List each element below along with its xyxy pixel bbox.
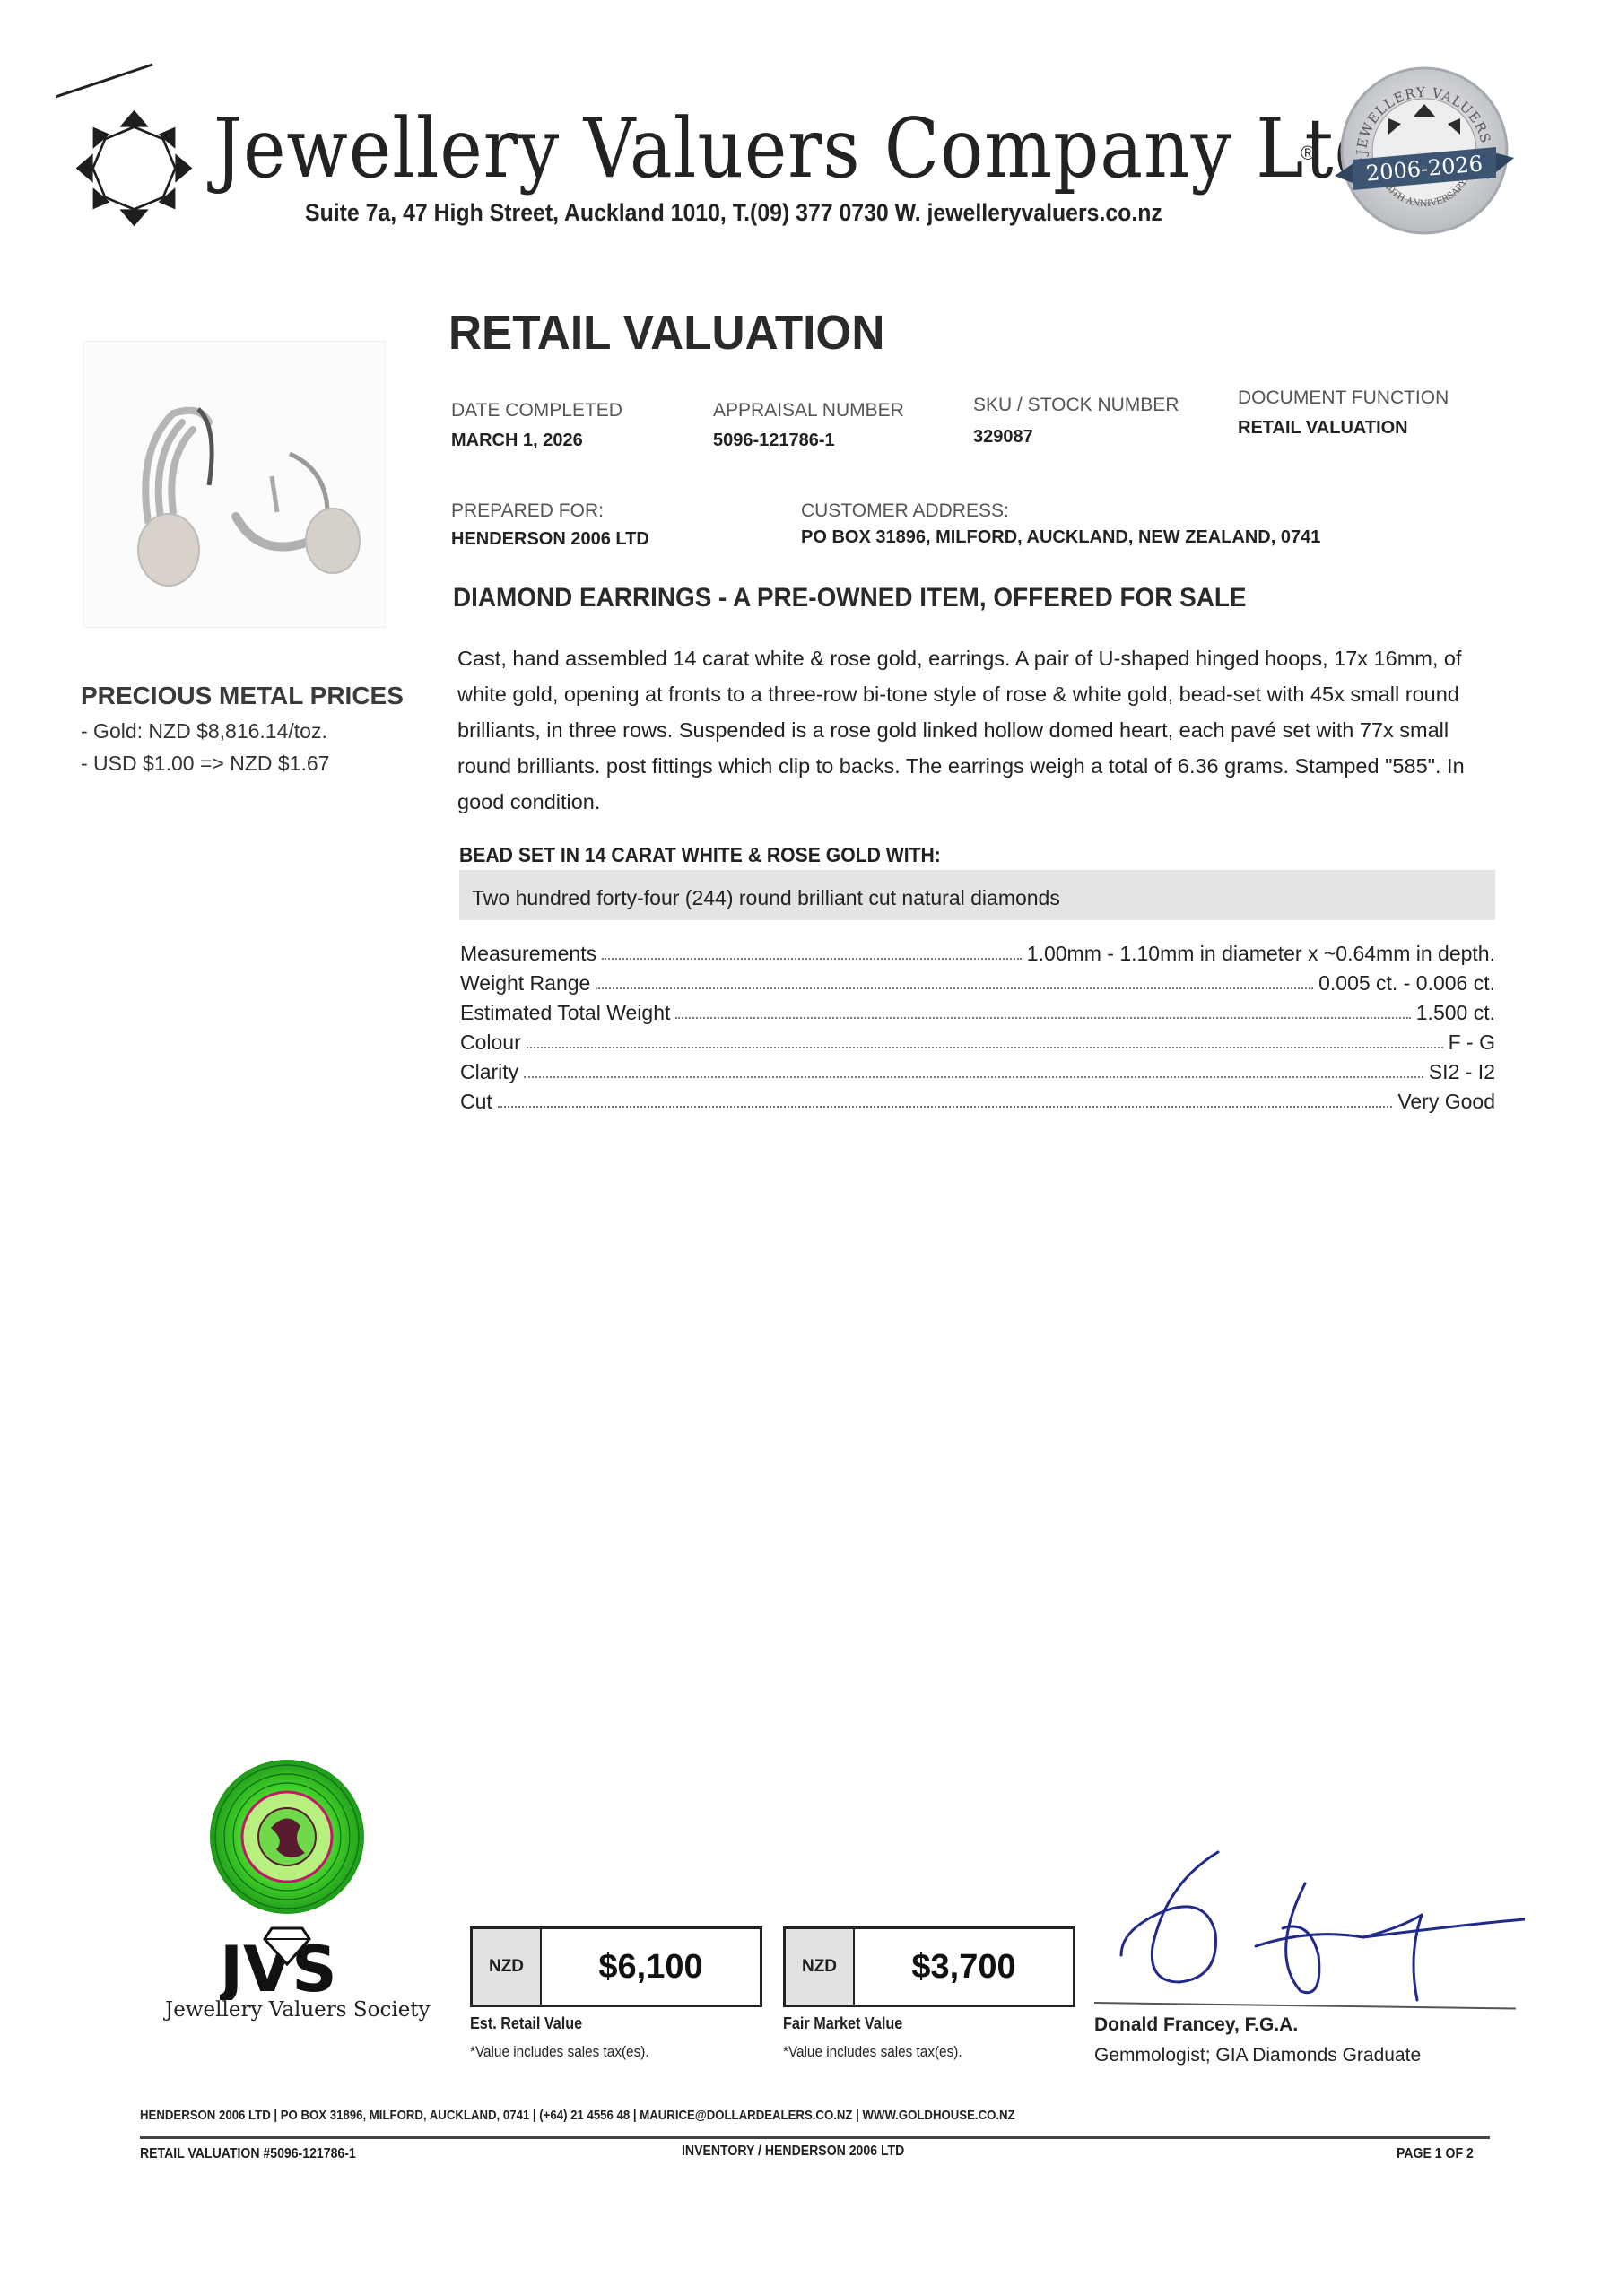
spec-row: Colour F - G (460, 1025, 1495, 1055)
company-star-logo-icon (74, 108, 195, 229)
retail-value-label: Est. Retail Value (470, 2014, 582, 2033)
document-title: RETAIL VALUATION (448, 305, 884, 361)
footer-inventory: INVENTORY / HENDERSON 2006 LTD (682, 2144, 904, 2160)
leader-dots (675, 1017, 1410, 1019)
customer-address-value: PO BOX 31896, MILFORD, AUCKLAND, NEW ZEA… (801, 527, 1320, 548)
prepared-for-value: HENDERSON 2006 LTD (451, 529, 649, 550)
document-function-value: RETAIL VALUATION (1238, 418, 1408, 439)
diamond-specs-table: Measurements 1.00mm - 1.10mm in diameter… (460, 936, 1495, 1114)
spec-label: Clarity (460, 1060, 518, 1084)
leader-dots (498, 1106, 1393, 1108)
spec-row: Cut Very Good (460, 1084, 1495, 1114)
logo-tick-mark (56, 63, 154, 99)
leader-dots (527, 1047, 1443, 1048)
retail-amount: $6,100 (542, 1929, 760, 2005)
hologram-seal-icon (206, 1756, 368, 1918)
stone-summary: Two hundred forty-four (244) round brill… (472, 886, 1060, 910)
gold-price: - Gold: NZD $8,816.14/toz. (81, 719, 327, 744)
exchange-rate: - USD $1.00 => NZD $1.67 (81, 752, 329, 776)
fair-market-amount: $3,700 (855, 1929, 1073, 2005)
item-description: Cast, hand assembled 14 carat white & ro… (457, 640, 1498, 820)
earrings-image-icon (83, 342, 385, 627)
signer-title: Gemmologist; GIA Diamonds Graduate (1094, 2045, 1421, 2066)
metal-prices-title: PRECIOUS METAL PRICES (81, 682, 404, 710)
retail-value-note: *Value includes sales tax(es). (470, 2043, 649, 2061)
leader-dots (524, 1076, 1423, 1078)
society-name: Jewellery Valuers Society (165, 1998, 431, 2022)
date-completed-value: MARCH 1, 2026 (451, 430, 583, 451)
fair-market-value-box: NZD $3,700 (783, 1926, 1075, 2007)
spec-value: 1.00mm - 1.10mm in diameter x ~0.64mm in… (1027, 942, 1495, 966)
footer-reference: RETAIL VALUATION #5096-121786-1 (140, 2146, 356, 2162)
spec-label: Measurements (460, 942, 596, 966)
leader-dots (596, 987, 1313, 989)
signer-name: Donald Francey, F.G.A. (1094, 2014, 1298, 2036)
fair-market-value-note: *Value includes sales tax(es). (783, 2043, 962, 2061)
page-number: PAGE 1 OF 2 (1397, 2146, 1474, 2162)
spec-label: Estimated Total Weight (460, 1001, 670, 1025)
customer-address-label: CUSTOMER ADDRESS: (801, 500, 1009, 522)
bead-set-heading: BEAD SET IN 14 CARAT WHITE & ROSE GOLD W… (459, 843, 941, 867)
item-heading: DIAMOND EARRINGS - A PRE-OWNED ITEM, OFF… (453, 583, 1247, 613)
spec-value: F - G (1449, 1031, 1495, 1055)
fair-market-currency: NZD (786, 1929, 855, 2005)
spec-value: SI2 - I2 (1429, 1060, 1495, 1084)
document-function-label: DOCUMENT FUNCTION (1238, 387, 1449, 409)
retail-currency: NZD (473, 1929, 542, 2005)
spec-row: Weight Range 0.005 ct. - 0.006 ct. (460, 966, 1495, 996)
sku-value: 329087 (973, 427, 1033, 448)
spec-value: Very Good (1397, 1090, 1495, 1114)
signature-icon (1112, 1848, 1525, 2009)
company-name: Jewellery Valuers Company Ltd. (213, 100, 1405, 196)
appraisal-number-value: 5096-121786-1 (713, 430, 835, 451)
anniversary-seal-icon: JEWELLERY VALUERS CO 2006-2026 20TH ANNI… (1326, 61, 1523, 240)
retail-value-box: NZD $6,100 (470, 1926, 762, 2007)
date-completed-label: DATE COMPLETED (451, 400, 622, 422)
spec-label: Cut (460, 1090, 492, 1114)
spec-value: 0.005 ct. - 0.006 ct. (1318, 971, 1495, 996)
fair-market-value-label: Fair Market Value (783, 2014, 902, 2033)
spec-label: Weight Range (460, 971, 590, 996)
prepared-for-label: PREPARED FOR: (451, 500, 604, 522)
spec-value: 1.500 ct. (1416, 1001, 1495, 1025)
sku-label: SKU / STOCK NUMBER (973, 395, 1179, 416)
registered-mark: ® (1301, 142, 1315, 165)
company-address: Suite 7a, 47 High Street, Auckland 1010,… (305, 199, 1162, 227)
footer-contact: HENDERSON 2006 LTD | PO BOX 31896, MILFO… (140, 2108, 1015, 2123)
leader-dots (602, 958, 1022, 960)
spec-row: Estimated Total Weight 1.500 ct. (460, 996, 1495, 1025)
jvs-logo-icon: JVS (220, 1919, 372, 2000)
footer-divider (140, 2136, 1490, 2139)
spec-row: Measurements 1.00mm - 1.10mm in diameter… (460, 936, 1495, 966)
spec-row: Clarity SI2 - I2 (460, 1055, 1495, 1084)
appraisal-number-label: APPRAISAL NUMBER (713, 400, 904, 422)
spec-label: Colour (460, 1031, 521, 1055)
item-photo (83, 341, 386, 628)
